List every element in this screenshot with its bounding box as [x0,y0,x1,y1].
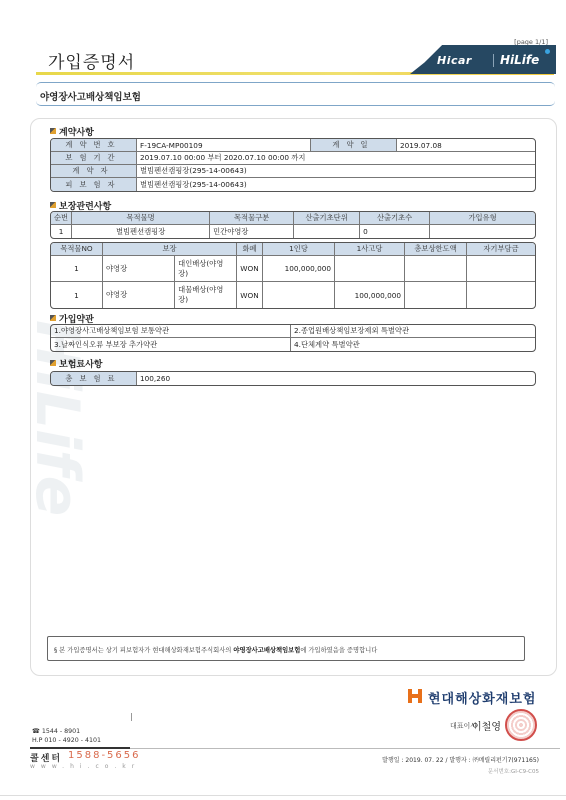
term-item: 3.날짜인식오류 부보장 추가약관 [51,338,291,351]
brand-separator [493,54,494,67]
col-header: 자기부담금 [467,243,535,256]
brand-hilife-logo: HiLife [500,53,539,67]
section-bullet-icon [50,360,56,366]
table-row: 계약번호 F-19CA-MP00109 계약일 2019.07.08 [51,139,535,152]
col-header: 순번 [51,212,72,225]
table-row: 3.날짜인식오류 부보장 추가약관 4.단체계약 특별약관 [51,338,535,351]
website-link[interactable]: www.hi.co.kr [30,763,140,770]
section-bullet-icon [50,128,56,134]
section-bullet-icon [50,202,56,208]
period-value: 2019.07.10 00:00 부터 2020.07.10 00:00 까지 [137,152,535,165]
contact-mobile: H.P 010 - 4920 - 4101 [32,737,101,744]
terms-table: 1.야영장사고배상책임보험 보통약관 2.종업원배상책임보장제외 특별약관 3.… [50,324,536,352]
cell: WON [237,256,263,282]
col-header: 목적물명 [72,212,210,225]
table-header-row: 목적물NO 보장 화폐 1인당 1사고당 총보상한도액 자기부담금 [51,243,535,256]
product-bar: 야영장사고배상책임보험 [36,82,555,106]
col-header: 산출기초수 [360,212,430,225]
contact-phone: ☎ 1544 - 8901 [32,728,80,735]
table-header-row: 순번 목적물명 목적물구분 산출기초단위 산출기초수 가입유형 [51,212,535,225]
cell [467,282,535,308]
table-row: 1 별빔펜션캠핑장 민간야영장 0 [51,225,535,238]
cell: 1 [51,256,103,282]
cell [294,225,360,238]
cell: 100,000,000 [335,282,405,308]
section-title-premium: 보험료사항 [50,357,102,370]
contractor-value: 별빔펜션캠핑장(295-14-00643) [137,165,535,178]
company-logo-icon [408,689,422,703]
cell [467,256,535,282]
section-title-contract: 계약사항 [50,125,94,138]
cell [430,225,535,238]
contract-no-label: 계약번호 [51,139,137,152]
brand-hicar-logo: Hicar [437,54,472,67]
notice-product-name: 야영장사고배상책임보험 [233,647,300,654]
cell: 1 [51,225,72,238]
col-header: 화폐 [237,243,263,256]
table-row: 1 야영장 대인배상(야영장) WON 100,000,000 [51,256,535,282]
cell [405,256,467,282]
term-item: 4.단체계약 특별약관 [291,338,535,351]
col-header: 가입유형 [430,212,535,225]
cell: 대물배상(야영장) [175,282,237,308]
cell [335,256,405,282]
call-center-number: 1588-5656 [68,750,141,761]
cell: 민간야영장 [210,225,294,238]
contract-date-value: 2019.07.08 [397,139,535,152]
term-item: 2.종업원배상책임보장제외 특별약관 [291,325,535,338]
document-title: 가입증명서 [48,48,135,73]
cell: 대인배상(야영장) [175,256,237,282]
insured-value: 별빔펜션캠핑장(295-14-00643) [137,178,535,191]
cell: 1 [51,282,103,308]
col-header: 산출기초단위 [294,212,360,225]
company-name: 현대해상화재보험 [428,688,536,707]
page-indicator: [page 1/1] [514,38,548,46]
term-item: 1.야영장사고배상책임보험 보통약관 [51,325,291,338]
object-table: 순번 목적물명 목적물구분 산출기초단위 산출기초수 가입유형 1 별빔펜션캠핑… [50,211,536,239]
insured-label: 피보험자 [51,178,137,191]
col-header: 총보상한도액 [405,243,467,256]
col-header: 보장 [103,243,237,256]
col-header: 1사고당 [335,243,405,256]
total-premium-value: 100,260 [137,372,535,385]
contract-table: 계약번호 F-19CA-MP00109 계약일 2019.07.08 보험기간 … [50,138,536,192]
table-row: 1 야영장 대물배상(야영장) WON 100,000,000 [51,282,535,308]
contract-no-value: F-19CA-MP00109 [137,139,311,152]
brand-dot-icon [545,49,550,54]
company-seal-icon [505,709,537,741]
col-header: 1인당 [263,243,335,256]
cell: 야영장 [103,256,175,282]
table-row: 피보험자 별빔펜션캠핑장(295-14-00643) [51,178,535,191]
cell [263,282,335,308]
coverage-detail-table: 목적물NO 보장 화폐 1인당 1사고당 총보상한도액 자기부담금 1 야영장 … [50,242,536,309]
contractor-label: 계약자 [51,165,137,178]
divider [131,713,132,721]
col-header: 목적물구분 [210,212,294,225]
total-premium-label: 총보험료 [51,372,137,385]
ceo-name: 이철영 [472,718,501,733]
footer-rule-accent [30,747,130,749]
issue-info: 발행일 : 2019. 07. 22 / 발행자 : ㈜메릴리펀기7(97116… [382,755,539,764]
cell: WON [237,282,263,308]
cell [405,282,467,308]
table-row: 계약자 별빔펜션캠핑장(295-14-00643) [51,165,535,178]
bottom-rule [0,795,566,796]
document-number: 문서번호:GI-C9-C05 [488,767,539,775]
table-row: 1.야영장사고배상책임보험 보통약관 2.종업원배상책임보장제외 특별약관 [51,325,535,338]
cell: 별빔펜션캠핑장 [72,225,210,238]
cell: 0 [360,225,430,238]
section-bullet-icon [50,315,56,321]
cell: 100,000,000 [263,256,335,282]
certification-notice: § 본 가입증명서는 상기 피보험자가 현대해상화재보험주식회사의 야영장사고배… [47,636,525,661]
premium-table: 총보험료 100,260 [50,371,536,386]
product-name: 야영장사고배상책임보험 [40,89,141,103]
col-header: 목적물NO [51,243,103,256]
table-row: 보험기간 2019.07.10 00:00 부터 2020.07.10 00:0… [51,152,535,165]
cell: 야영장 [103,282,175,308]
table-row: 총보험료 100,260 [51,372,535,385]
period-label: 보험기간 [51,152,137,165]
contract-date-label: 계약일 [311,139,397,152]
